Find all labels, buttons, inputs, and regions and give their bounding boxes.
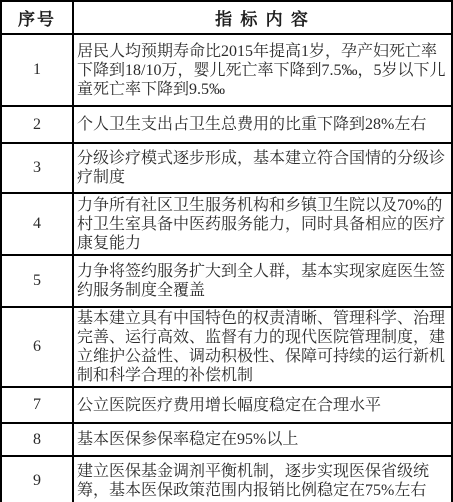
table-row: 5 力争将签约服务扩大到全人群，基本实现家庭医生签约服务制度全覆盖 [1,255,452,307]
row-content-cell: 力争所有社区卫生服务机构和乡镇卫生院以及70%的村卫生室具备中医药服务能力，同时… [73,193,452,255]
table-row: 3 分级诊疗模式逐步形成，基本建立符合国情的分级诊疗制度 [1,143,452,193]
row-content-cell: 分级诊疗模式逐步形成，基本建立符合国情的分级诊疗制度 [73,143,452,193]
row-number-cell: 5 [1,255,73,307]
row-number-cell: 2 [1,106,73,143]
row-content-cell: 公立医院医疗费用增长幅度稳定在合理水平 [73,387,452,423]
header-col-content: 指 标 内 容 [73,1,452,34]
table-row: 7 公立医院医疗费用增长幅度稳定在合理水平 [1,387,452,423]
row-number-cell: 3 [1,143,73,193]
table-row: 1 居民人均预期寿命比2015年提高1岁，孕产妇死亡率下降到18/10万，婴儿死… [1,34,452,106]
row-content-cell: 个人卫生支出占卫生总费用的比重下降到28%左右 [73,106,452,143]
row-content-cell: 基本医保参保率稳定在95%以上 [73,423,452,456]
row-number-cell: 9 [1,456,73,502]
indicator-table: 序号 指 标 内 容 1 居民人均预期寿命比2015年提高1岁，孕产妇死亡率下降… [0,0,453,502]
row-content-cell: 基本建立具有中国特色的权责清晰、管理科学、治理完善、运行高效、监督有力的现代医院… [73,307,452,387]
row-content-cell: 居民人均预期寿命比2015年提高1岁，孕产妇死亡率下降到18/10万，婴儿死亡率… [73,34,452,106]
row-number-cell: 8 [1,423,73,456]
header-col-number: 序号 [1,1,73,34]
row-number-cell: 1 [1,34,73,106]
row-content-cell: 建立医保基金调剂平衡机制，逐步实现医保省级统筹，基本医保政策范围内报销比例稳定在… [73,456,452,502]
row-number-cell: 4 [1,193,73,255]
table-row: 2 个人卫生支出占卫生总费用的比重下降到28%左右 [1,106,452,143]
row-number-cell: 7 [1,387,73,423]
table-row: 8 基本医保参保率稳定在95%以上 [1,423,452,456]
row-content-cell: 力争将签约服务扩大到全人群，基本实现家庭医生签约服务制度全覆盖 [73,255,452,307]
header-row: 序号 指 标 内 容 [1,1,452,34]
table-row: 6 基本建立具有中国特色的权责清晰、管理科学、治理完善、运行高效、监督有力的现代… [1,307,452,387]
table-row: 4 力争所有社区卫生服务机构和乡镇卫生院以及70%的村卫生室具备中医药服务能力，… [1,193,452,255]
document-page: 序号 指 标 内 容 1 居民人均预期寿命比2015年提高1岁，孕产妇死亡率下降… [0,0,453,502]
table-row: 9 建立医保基金调剂平衡机制，逐步实现医保省级统筹，基本医保政策范围内报销比例稳… [1,456,452,502]
row-number-cell: 6 [1,307,73,387]
